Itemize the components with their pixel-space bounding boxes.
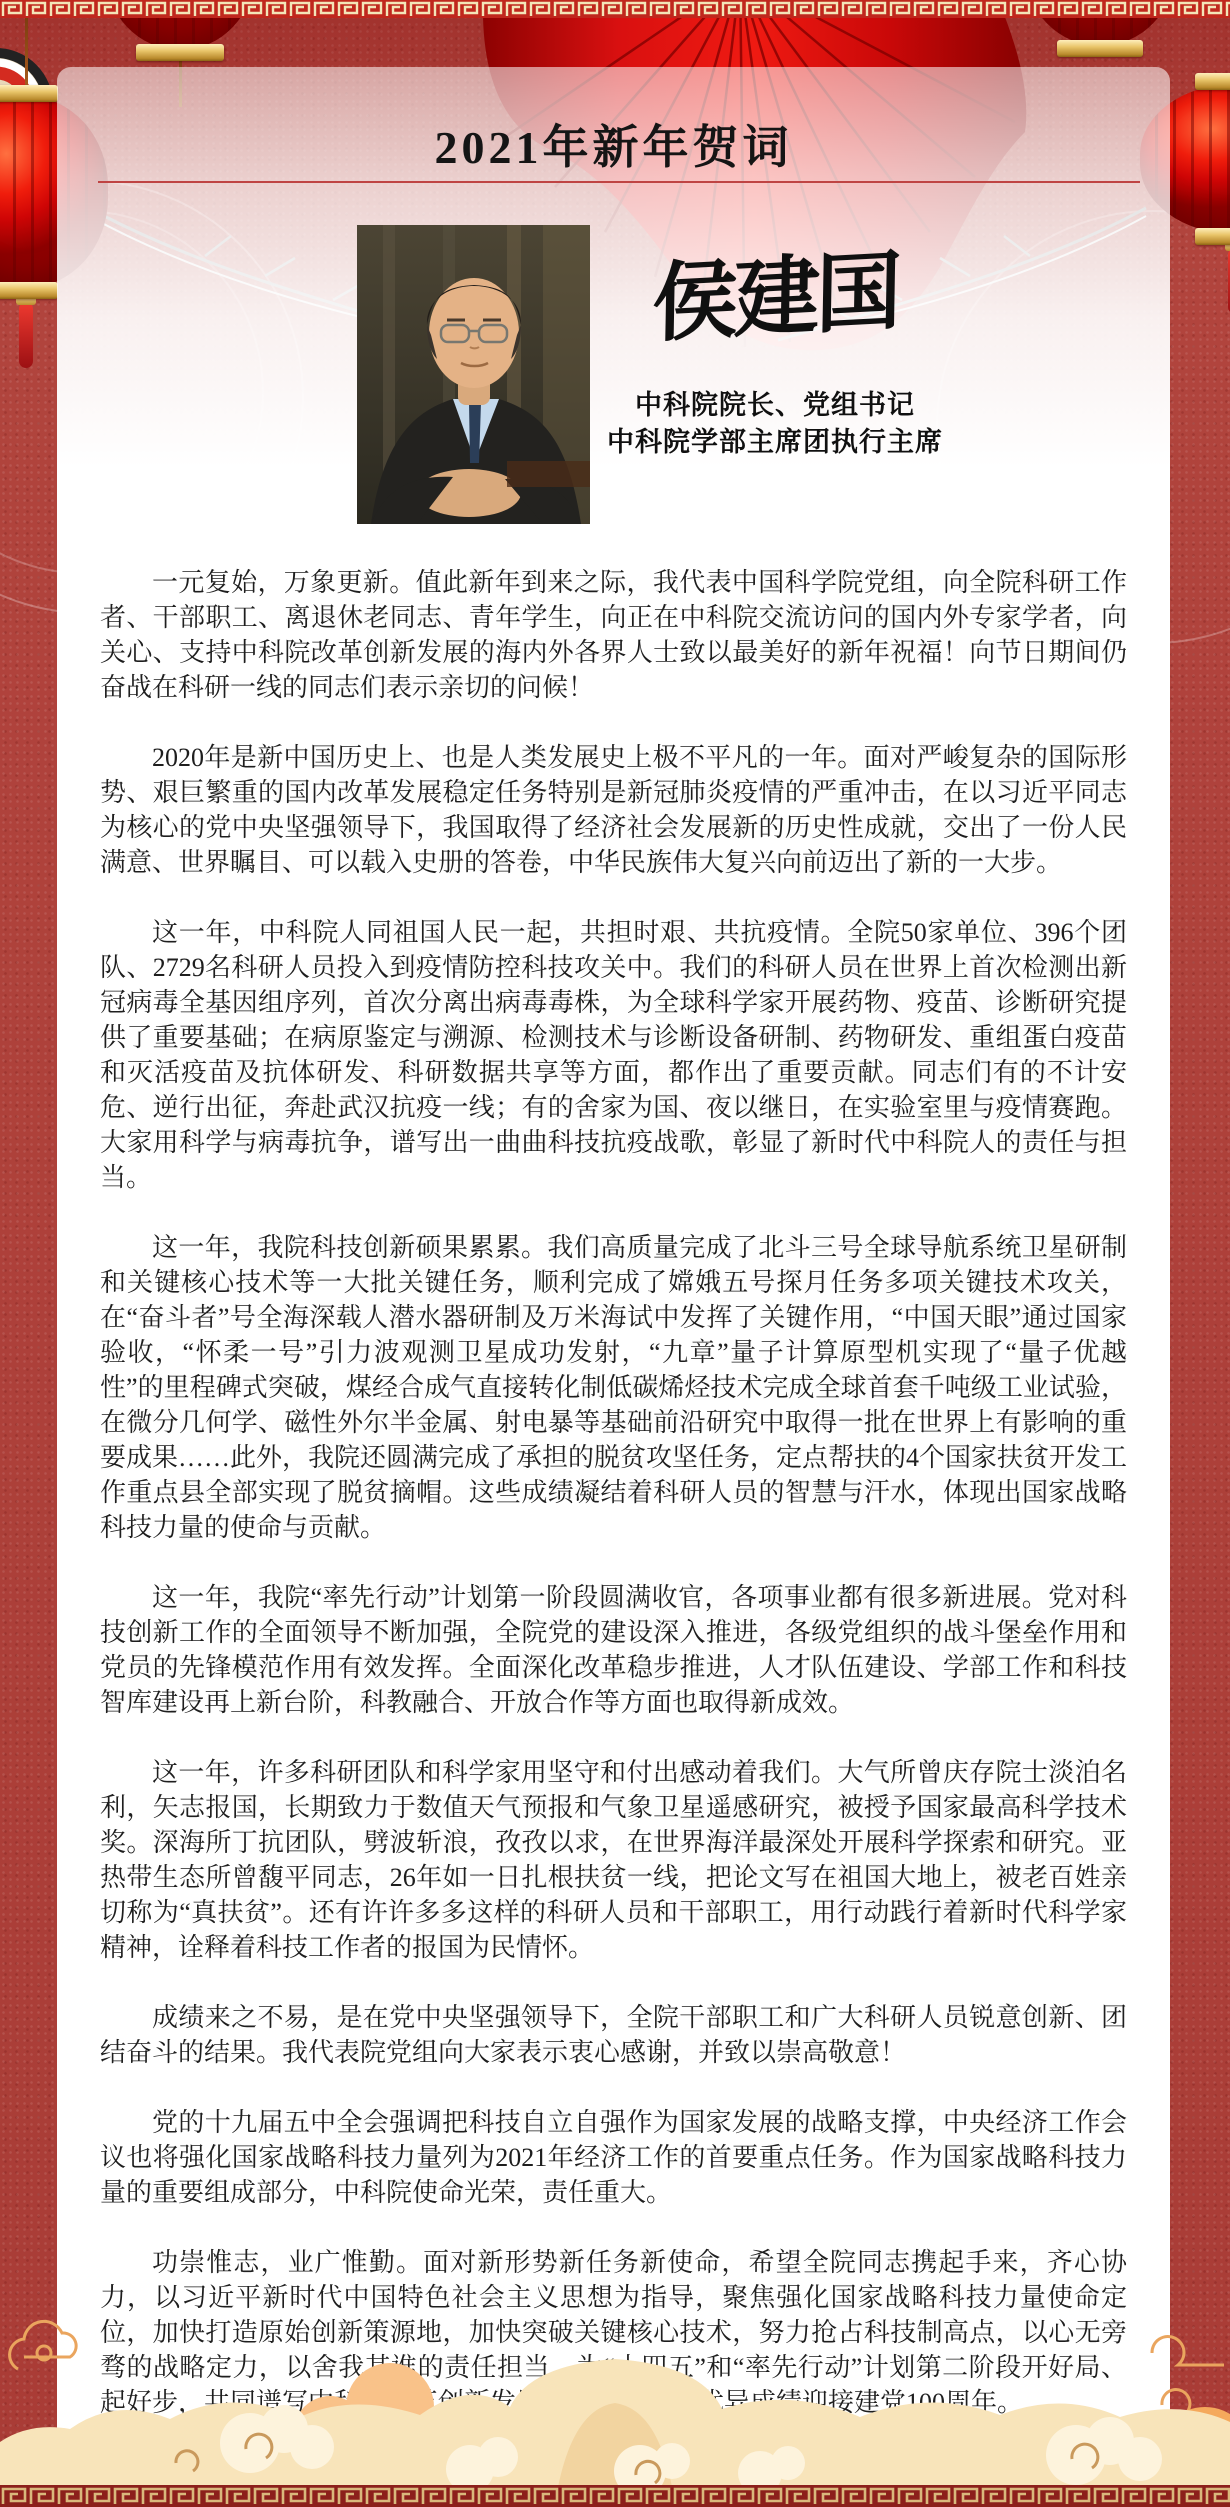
president-role-line1: 中科院院长、党组书记 xyxy=(535,387,1015,424)
page-title: 2021年新年贺词 xyxy=(57,111,1170,177)
golden-clouds-decoration xyxy=(0,2257,1230,2487)
new-year-greeting-page: 2021年新年贺词 xyxy=(0,0,1230,2507)
greeting-paragraph: 这一年，我院科技创新硕果累累。我们高质量完成了北斗三号全球导航系统卫星研制和关键… xyxy=(100,1230,1127,1545)
meander-border-top xyxy=(0,0,1230,18)
greeting-paragraph: 一元复始，万象更新。值此新年到来之际，我代表中国科学院党组，向全院科研工作者、干… xyxy=(100,565,1127,705)
president-signature: 侯建国 xyxy=(651,248,898,347)
greeting-paragraph: 成绩来之不易，是在党中央坚强领导下，全院干部职工和广大科研人员锐意创新、团结奋斗… xyxy=(100,2000,1127,2070)
greeting-paragraph: 这一年，中科院人同祖国人民一起，共担时艰、共抗疫情。全院50家单位、396个团队… xyxy=(100,915,1127,1195)
signature-block: 侯建国 中科院院长、党组书记 中科院学部主席团执行主席 xyxy=(535,255,1015,461)
meander-border-bottom xyxy=(0,2485,1230,2507)
title-divider xyxy=(98,181,1140,183)
greeting-paragraph: 这一年，我院“率先行动”计划第一阶段圆满收官，各项事业都有很多新进展。党对科技创… xyxy=(100,1580,1127,1720)
greeting-paragraph: 这一年，许多科研团队和科学家用坚守和付出感动着我们。大气所曾庆存院士淡泊名利，矢… xyxy=(100,1755,1127,1965)
president-role-line2: 中科院学部主席团执行主席 xyxy=(535,424,1015,461)
greeting-paragraph: 党的十九届五中全会强调把科技自立自强作为国家发展的战略支撑，中央经济工作会议也将… xyxy=(100,2105,1127,2210)
content-card: 2021年新年贺词 xyxy=(57,67,1170,2507)
greeting-paragraph: 2020年是新中国历史上、也是人类发展史上极不平凡的一年。面对严峻复杂的国际形势… xyxy=(100,740,1127,880)
